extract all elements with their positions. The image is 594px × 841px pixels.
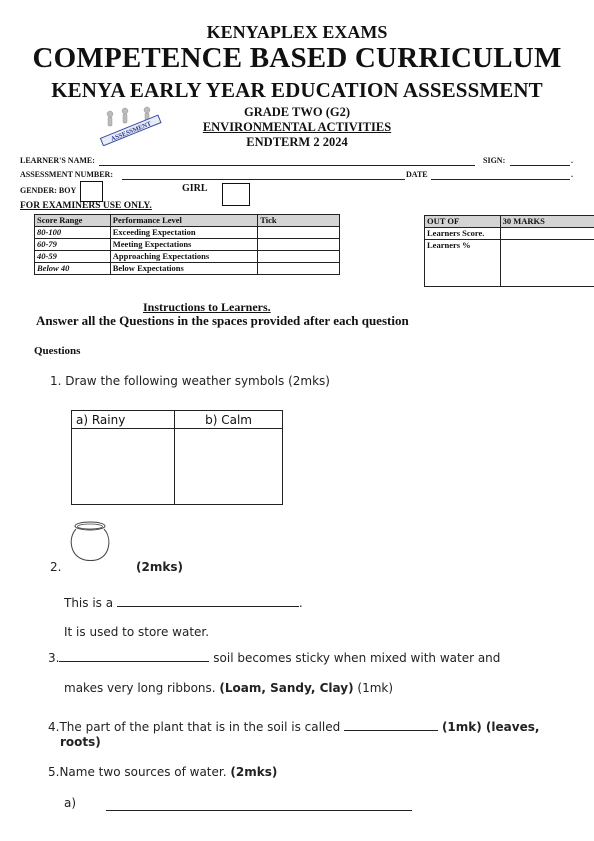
rainy-header: a) Rainy <box>72 411 175 429</box>
assessment-title: KENYA EARLY YEAR EDUCATION ASSESSMENT <box>0 78 594 103</box>
column-header-tick: Tick <box>258 215 340 227</box>
learners-score-label: Learners Score. <box>425 228 501 240</box>
question-4-answer-blank[interactable] <box>344 729 438 731</box>
learners-score-field[interactable] <box>500 228 594 240</box>
question-2-marks: (2mks) <box>136 560 183 574</box>
question-5-part-a-answer[interactable] <box>106 810 412 811</box>
out-of-label: OUT OF <box>425 216 501 228</box>
question-5-part-a-label: a) <box>64 796 76 810</box>
question-2-number: 2. <box>50 560 61 574</box>
question-3-line2: makes very long ribbons. (Loam, Sandy, C… <box>64 681 393 695</box>
gender-girl-label: GIRL <box>182 183 208 194</box>
sign-label: SIGN: <box>483 156 505 165</box>
subject-label: ENVIRONMENTAL ACTIVITIES <box>0 120 594 135</box>
question-3-answer-blank[interactable] <box>59 660 209 662</box>
instructions-text: Answer all the Questions in the spaces p… <box>36 313 409 329</box>
boy-checkbox[interactable] <box>80 181 103 202</box>
table-row: 40-59 Approaching Expectations <box>35 251 340 263</box>
table-row: 80-100 Exceeding Expectation <box>35 227 340 239</box>
tick-cell[interactable] <box>258 227 340 239</box>
question-2-line2: It is used to store water. <box>64 625 209 639</box>
question-2-line1: This is a . <box>64 596 303 610</box>
learner-name-label: LEARNER'S NAME: <box>20 156 95 165</box>
question-2-answer-blank[interactable] <box>117 605 299 607</box>
score-table: OUT OF 30 MARKS Learners Score. Learners… <box>424 215 594 287</box>
learners-percent-field[interactable] <box>500 240 594 287</box>
curriculum-title: COMPETENCE BASED CURRICULUM <box>0 42 594 75</box>
question-5: 5.Name two sources of water. (2mks) <box>48 765 277 779</box>
date-field[interactable] <box>431 179 570 180</box>
rainy-drawing-area[interactable] <box>72 429 175 505</box>
learner-name-field[interactable] <box>99 165 475 166</box>
exam-provider: KENYAPLEX EXAMS <box>0 22 594 43</box>
questions-heading: Questions <box>34 345 80 357</box>
question-4-line1: 4.The part of the plant that is in the s… <box>48 720 539 734</box>
performance-table: Score Range Performance Level Tick 80-10… <box>34 214 340 275</box>
assessment-number-field[interactable] <box>122 179 405 180</box>
examiners-use-title: FOR EXAMINERS USE ONLY. <box>20 201 152 211</box>
gender-boy-label: GENDER: BOY <box>20 186 76 195</box>
question-3-line1: 3. soil becomes sticky when mixed with w… <box>48 651 500 665</box>
question-1: 1. Draw the following weather symbols (2… <box>50 374 330 388</box>
question-4-line2: roots) <box>60 735 101 749</box>
girl-checkbox[interactable] <box>222 183 250 206</box>
table-row: 60-79 Meeting Expectations <box>35 239 340 251</box>
tick-cell[interactable] <box>258 263 340 275</box>
out-of-value: 30 MARKS <box>500 216 594 228</box>
assessment-number-label: ASSESSMENT NUMBER: <box>20 170 113 179</box>
tick-cell[interactable] <box>258 251 340 263</box>
date-label: DATE <box>406 170 428 179</box>
clay-pot-icon <box>68 520 112 564</box>
calm-drawing-area[interactable] <box>175 429 283 505</box>
calm-header: b) Calm <box>175 411 283 429</box>
column-header-performance-level: Performance Level <box>110 215 258 227</box>
learners-percent-label: Learners % <box>425 240 501 287</box>
column-header-score-range: Score Range <box>35 215 111 227</box>
weather-symbols-table: a) Rainy b) Calm <box>71 410 283 505</box>
grade-label: GRADE TWO (G2) <box>0 105 594 120</box>
sign-field[interactable] <box>510 165 570 166</box>
table-row: Below 40 Below Expectations <box>35 263 340 275</box>
tick-cell[interactable] <box>258 239 340 251</box>
term-label: ENDTERM 2 2024 <box>0 135 594 150</box>
